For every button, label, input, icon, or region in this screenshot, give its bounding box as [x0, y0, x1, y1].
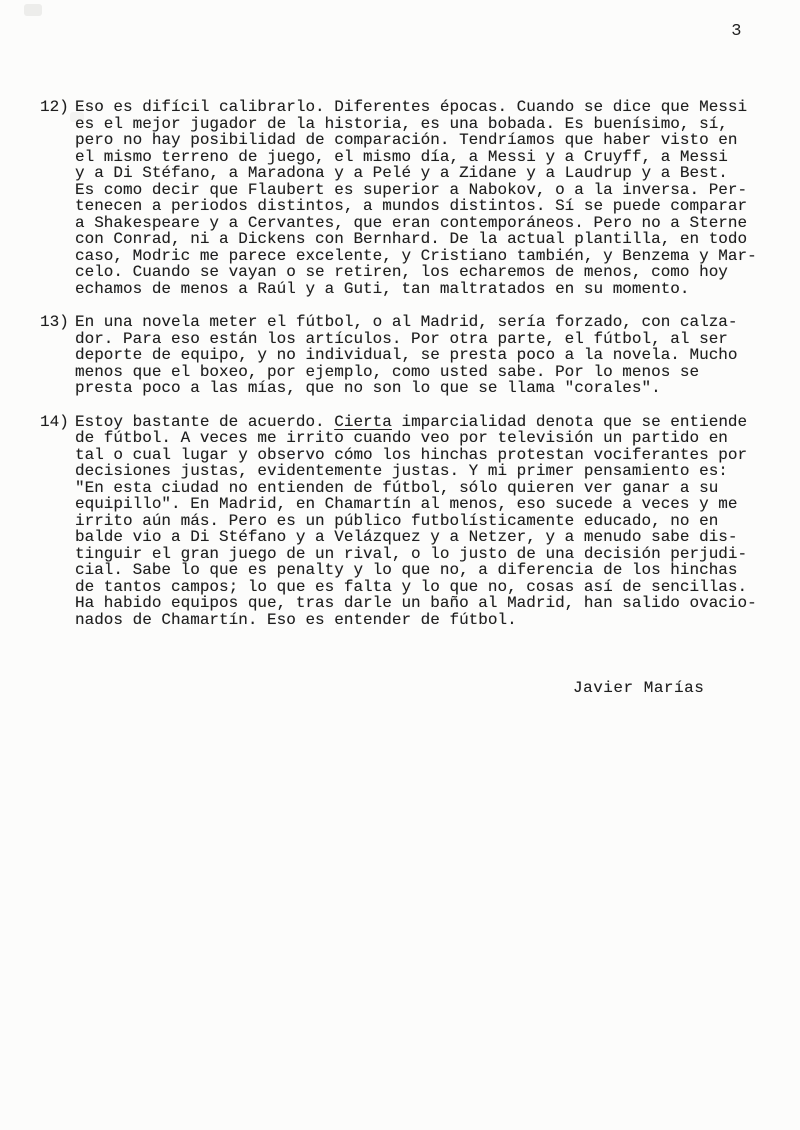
paragraph-14-marker: 14): [40, 414, 75, 629]
paragraph-14-rest: imparcialidad denota que se entiende de …: [75, 413, 757, 629]
paragraph-13: 13) En una novela meter el fútbol, o al …: [40, 314, 800, 397]
document-page: 3 12) Eso es difícil calibrarlo. Diferen…: [0, 0, 800, 1130]
document-content: 12) Eso es difícil calibrarlo. Diferente…: [0, 99, 800, 697]
paragraph-14-text: Estoy bastante de acuerdo. Cierta imparc…: [75, 414, 767, 629]
scan-smudge: [24, 4, 42, 16]
underlined-word: Cierta: [334, 413, 392, 431]
signature: Javier Marías: [573, 680, 800, 697]
paragraph-14: 14) Estoy bastante de acuerdo. Cierta im…: [40, 414, 800, 629]
paragraph-12-marker: 12): [40, 99, 75, 297]
paragraph-13-marker: 13): [40, 314, 75, 397]
paragraph-12: 12) Eso es difícil calibrarlo. Diferente…: [40, 99, 800, 297]
paragraph-12-text: Eso es difícil calibrarlo. Diferentes ép…: [75, 99, 767, 297]
page-number: 3: [731, 22, 742, 41]
paragraph-13-text: En una novela meter el fútbol, o al Madr…: [75, 314, 767, 397]
paragraph-14-lead: Estoy bastante de acuerdo.: [75, 413, 334, 431]
